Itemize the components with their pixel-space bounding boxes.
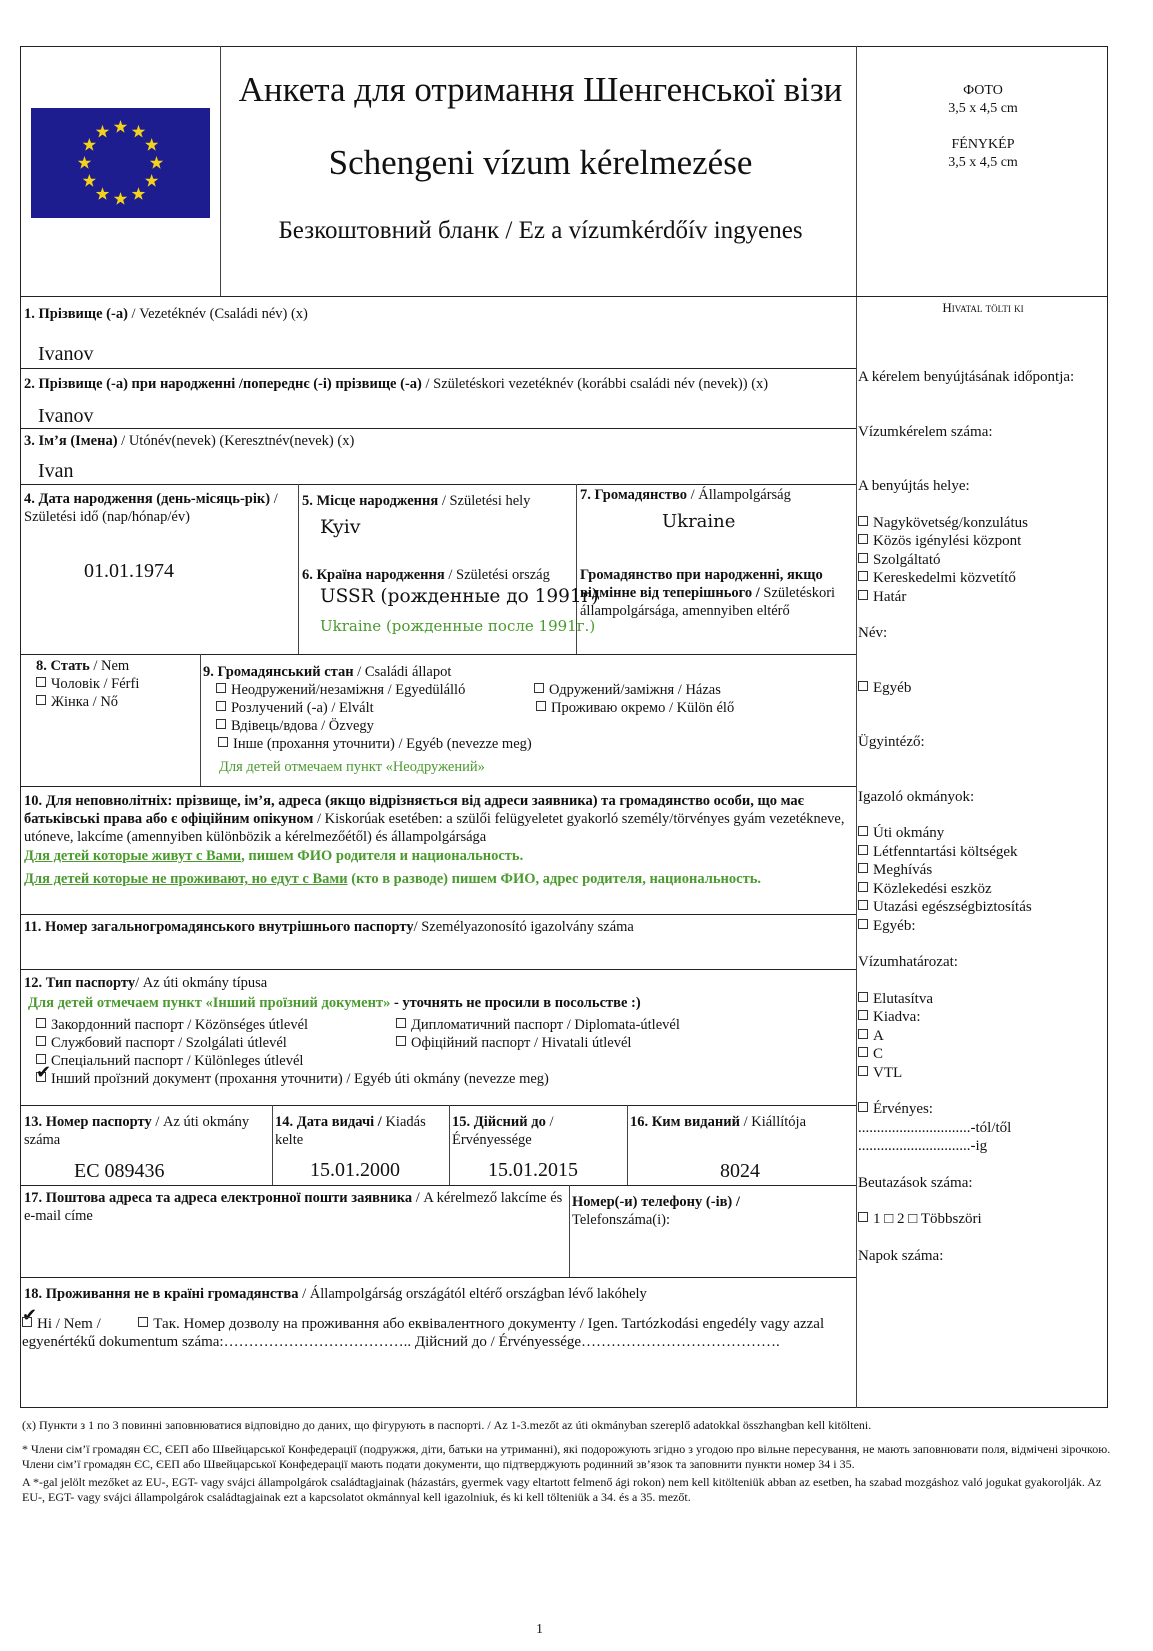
field-10-hint-1: Для детей которые живут с Вами, пишем ФИ… — [24, 847, 523, 865]
field-12-hint: Для детей отмечаем пункт «Інший проїзний… — [28, 994, 641, 1012]
passport-option-other-checked[interactable]: Інший проїзний документ (прохання уточни… — [36, 1070, 549, 1088]
passport-option-official[interactable]: Офіційний паспорт / Hivatali útlevél — [396, 1034, 631, 1052]
residence-option-yes[interactable]: Так. Номер дозволу на проживання або екв… — [22, 1316, 824, 1350]
eu-flag-icon — [31, 108, 210, 218]
field-7-nationality[interactable]: Ukraine — [662, 511, 735, 532]
field-16-label: 16. Ким виданий / Kiállítója — [630, 1113, 806, 1131]
page-title-ua: Анкета для отримання Шенгенської візи — [228, 70, 853, 110]
office-doc-option[interactable]: Meghívás — [858, 861, 1106, 880]
checkbox-icon — [534, 683, 544, 693]
checkbox-icon — [858, 590, 868, 600]
field-13-label: 13. Номер паспорту / Az úti okmány száma — [24, 1113, 270, 1149]
office-name-label: Név: — [858, 624, 1106, 643]
residence-option-no[interactable]: Ні / Nem / — [22, 1316, 101, 1332]
field-3-label: 3. Ім’я (Імена) / Utónév(nevek) (Kereszt… — [24, 432, 354, 450]
field-6-hint: Ukraine (рожденные после 1991г.) — [320, 617, 595, 635]
checkbox-icon — [858, 1212, 868, 1222]
office-docs-label: Igazoló okmányok: — [858, 788, 1106, 807]
field-7-label: 7. Громадянство / Állampolgárság — [580, 486, 791, 504]
checkbox-icon — [36, 1018, 46, 1028]
marital-option-married[interactable]: Одружений/заміжня / Házas — [534, 681, 721, 699]
marital-option-separated[interactable]: Проживаю окремо / Külön élő — [536, 699, 734, 717]
field-9-hint: Для детей отмечаем пункт «Неодружений» — [219, 758, 485, 776]
checkbox-icon — [216, 719, 226, 729]
footnote-2: * Члени сім’ї громадян ЄС, ЄЕП або Швейц… — [22, 1442, 1112, 1472]
field-16-issued-by[interactable]: 8024 — [720, 1160, 760, 1183]
office-doc-option[interactable]: Létfenntartási költségek — [858, 843, 1106, 862]
field-14-issue-date[interactable]: 15.01.2000 — [310, 1159, 400, 1182]
marital-option-widowed[interactable]: Вдівець/вдова / Özvegy — [216, 717, 374, 735]
office-valid-to: ..............................-ig — [858, 1137, 1106, 1156]
checkbox-icon — [858, 534, 868, 544]
field-6-birth-country[interactable]: USSR (рожденные до 1991г) — [320, 586, 599, 607]
field-13-passport-number[interactable]: EC 089436 — [74, 1160, 165, 1183]
checkbox-icon — [858, 681, 868, 691]
office-title: Hivatal tölti ki — [858, 300, 1108, 316]
checkbox-icon — [858, 516, 868, 526]
checkbox-icon — [858, 1102, 868, 1112]
field-15-label: 15. Дійсний до / Érvényessége — [452, 1113, 582, 1149]
checkbox-icon — [216, 701, 226, 711]
checkbox-icon — [858, 992, 868, 1002]
checkbox-icon — [396, 1036, 406, 1046]
photo-label-ua: ФОТО — [858, 82, 1108, 100]
checkbox-icon — [858, 882, 868, 892]
checkbox-icon — [858, 1029, 868, 1039]
page-title-hu: Schengeni vízum kérelmezése — [228, 143, 853, 183]
office-decision-option[interactable]: VTL — [858, 1064, 1106, 1083]
sex-option-female[interactable]: Жінка / Nő — [36, 693, 118, 711]
office-decision-option[interactable]: Elutasítva — [858, 990, 1106, 1009]
page-number: 1 — [536, 1622, 543, 1638]
office-place-option[interactable]: Közös igénylési központ — [858, 532, 1106, 551]
photo-box: ФОТО 3,5 x 4,5 cm FÉNYKÉP 3,5 x 4,5 cm — [858, 82, 1108, 172]
checkbox-icon — [858, 553, 868, 563]
checkbox-icon — [858, 1047, 868, 1057]
marital-option-other[interactable]: Інше (прохання уточнити) / Egyéb (nevezz… — [218, 735, 532, 753]
page-subtitle: Безкоштовний бланк / Ez a vízumkérdőív i… — [228, 217, 853, 245]
passport-option-ordinary[interactable]: Закордонний паспорт / Közönséges útlevél — [36, 1016, 308, 1034]
field-8-label: 8. Стать / Nem — [36, 657, 129, 675]
field-18-label: 18. Проживання не в країні громадянства … — [24, 1285, 647, 1303]
field-4-birth-date[interactable]: 01.01.1974 — [84, 560, 174, 583]
checkbox-icon — [858, 919, 868, 929]
passport-option-diplomatic[interactable]: Дипломатичний паспорт / Diplomata-útlevé… — [396, 1016, 680, 1034]
office-place-option[interactable]: Határ — [858, 588, 1106, 607]
field-9-label: 9. Громадянський стан / Családi állapot — [203, 663, 451, 681]
checkbox-icon — [138, 1317, 148, 1327]
office-decision-option[interactable]: Kiadva: — [858, 1008, 1106, 1027]
footnote-1: (x) Пункти з 1 по 3 повинні заповнюватис… — [22, 1418, 1112, 1433]
footnote-3: A *-gal jelölt mezőket az EU-, EGT- vagy… — [22, 1475, 1112, 1505]
photo-label-hu: FÉNYKÉP — [858, 136, 1108, 154]
checkbox-icon — [858, 1010, 868, 1020]
photo-size-hu: 3,5 x 4,5 cm — [858, 154, 1108, 172]
office-place-option[interactable]: Szolgáltató — [858, 551, 1106, 570]
office-doc-option[interactable]: Úti okmány — [858, 824, 1106, 843]
field-11-label: 11. Номер загальногромадянського внутріш… — [24, 918, 634, 936]
checkbox-icon — [218, 737, 228, 747]
field-5-birth-place[interactable]: Kyiv — [320, 516, 361, 538]
office-place-label: A benyújtás helye: — [858, 477, 1106, 496]
checkbox-icon — [36, 695, 46, 705]
checkbox-icon — [536, 701, 546, 711]
field-3-first-name[interactable]: Ivan — [38, 460, 74, 483]
office-panel: A kérelem benyújtásának időpontja: Vízum… — [858, 368, 1106, 1265]
field-14-label: 14. Дата видачі / Kiadás kelte — [275, 1113, 447, 1149]
checkbox-icon — [858, 571, 868, 581]
field-17-label: 17. Поштова адреса та адреса електронної… — [24, 1189, 564, 1225]
office-date-label: A kérelem benyújtásának időpontja: — [858, 368, 1106, 387]
checkmark-icon: ✔ — [36, 1062, 51, 1083]
office-decision-option[interactable]: A — [858, 1027, 1106, 1046]
office-decision-option[interactable]: C — [858, 1045, 1106, 1064]
checkbox-icon — [858, 900, 868, 910]
field-2-birth-surname[interactable]: Ivanov — [38, 405, 94, 428]
marital-option-single[interactable]: Неодружений/незаміжня / Egyedülálló — [216, 681, 465, 699]
field-12-label: 12. Тип паспорту/ Az úti okmány típusa — [24, 974, 267, 992]
checkbox-icon — [858, 826, 868, 836]
field-6-label: 6. Країна народження / Születési ország — [302, 566, 576, 584]
office-place-option[interactable]: Kereskedelmi közvetítő — [858, 569, 1106, 588]
field-2-label: 2. Прізвище (-а) при народженні /поперед… — [24, 375, 768, 393]
office-valid-option[interactable]: Érvényes: — [858, 1100, 1106, 1119]
checkbox-icon — [858, 1066, 868, 1076]
photo-size-ua: 3,5 x 4,5 cm — [858, 100, 1108, 118]
office-days-label: Napok száma: — [858, 1247, 1106, 1266]
checkbox-checked-icon — [22, 1317, 32, 1327]
passport-option-special[interactable]: Спеціальний паспорт / Különleges útlevél — [36, 1052, 303, 1070]
sex-option-male[interactable]: Чоловік / Férfi — [36, 675, 139, 693]
office-entries-label: Beutazások száma: — [858, 1174, 1106, 1193]
field-4-label: 4. Дата народження (день-місяць-рік) / S… — [24, 490, 296, 526]
office-decision-label: Vízumhatározat: — [858, 953, 1106, 972]
office-number-label: Vízumkérelem száma: — [858, 423, 1106, 442]
checkbox-icon — [216, 683, 226, 693]
marital-option-divorced[interactable]: Розлучений (-а) / Elvált — [216, 699, 374, 717]
field-15-valid-until[interactable]: 15.01.2015 — [488, 1159, 578, 1182]
field-1-surname[interactable]: Ivanov — [38, 343, 94, 366]
field-5-label: 5. Місце народження / Születési hely — [302, 492, 530, 510]
checkbox-icon — [36, 1036, 46, 1046]
checkbox-icon — [858, 845, 868, 855]
checkbox-icon — [858, 863, 868, 873]
checkbox-icon — [396, 1018, 406, 1028]
field-10-label: 10. Для неповнолітніх: прізвище, ім’я, а… — [24, 792, 850, 846]
office-entries-options[interactable]: 1 □ 2 □ Többszöri — [858, 1210, 1106, 1229]
office-doc-option[interactable]: Utazási egészségbiztosítás — [858, 898, 1106, 917]
office-place-option[interactable]: Nagykövetség/konzulátus — [858, 514, 1106, 533]
office-doc-option[interactable]: Egyéb: — [858, 917, 1106, 936]
office-other-option[interactable]: Egyéb — [858, 679, 1106, 698]
field-17b-label: Номер(-и) телефону (-ів) /Telefonszáma(i… — [572, 1193, 852, 1229]
office-officer-label: Ügyintéző: — [858, 733, 1106, 752]
field-7b-label: Громадянство при народженні, якщо відмін… — [580, 566, 852, 620]
checkbox-icon — [36, 677, 46, 687]
office-valid-from: ..............................-tól/től — [858, 1119, 1106, 1138]
field-1-label: 1. Прізвище (-а) / Vezetéknév (Családi n… — [24, 305, 308, 323]
office-doc-option[interactable]: Közlekedési eszköz — [858, 880, 1106, 899]
field-18-options: Ні / Nem / Так. Номер дозволу на прожива… — [22, 1315, 842, 1351]
field-10-hint-2: Для детей которые не проживают, но едут … — [24, 870, 761, 888]
passport-option-service[interactable]: Службовий паспорт / Szolgálati útlevél — [36, 1034, 287, 1052]
